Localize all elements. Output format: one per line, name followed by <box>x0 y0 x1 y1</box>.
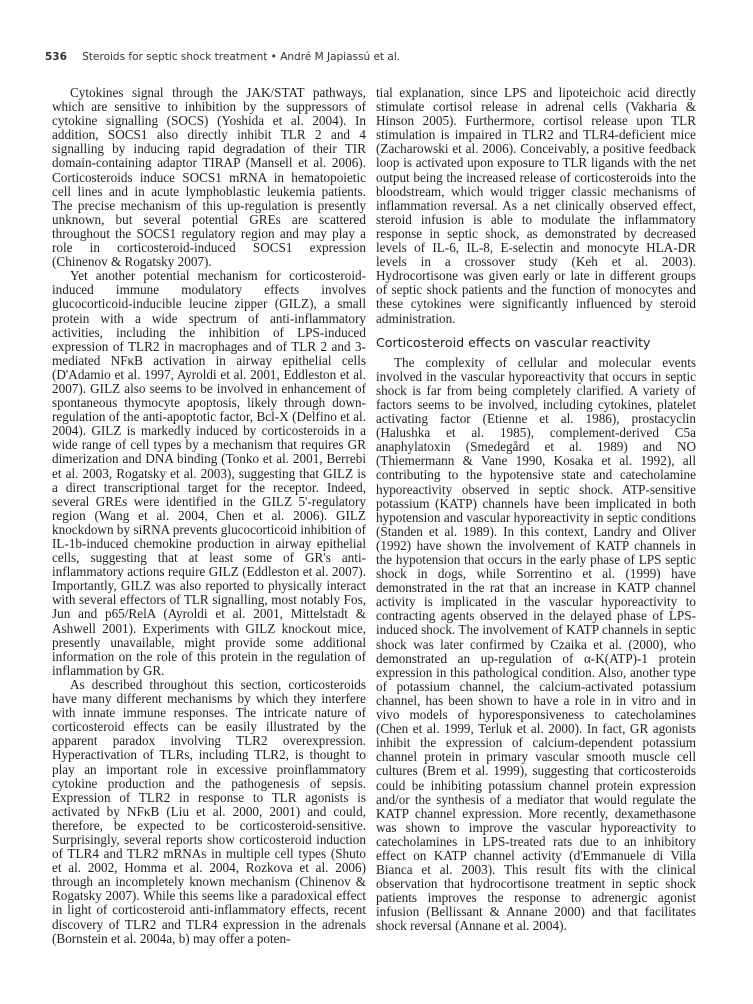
left-column: Cytokines signal through the JAK/STAT pa… <box>52 86 366 946</box>
body-paragraph: Cytokines signal through the JAK/STAT pa… <box>52 86 366 269</box>
running-title: Steroids for septic shock treatment • An… <box>82 51 400 63</box>
section-heading: Corticosteroid effects on vascular react… <box>376 336 696 350</box>
body-paragraph: As described throughout this section, co… <box>52 678 366 946</box>
running-head: 536 Steroids for septic shock treatment … <box>45 51 400 63</box>
body-paragraph: The complexity of cellular and molecular… <box>376 356 696 934</box>
body-paragraph-continuation: tial explanation, since LPS and lipoteic… <box>376 86 696 326</box>
page-number: 536 <box>45 51 67 63</box>
journal-page: 536 Steroids for septic shock treatment … <box>0 0 753 1004</box>
right-column: tial explanation, since LPS and lipoteic… <box>376 86 696 934</box>
body-paragraph: Yet another potential mechanism for cort… <box>52 269 366 678</box>
